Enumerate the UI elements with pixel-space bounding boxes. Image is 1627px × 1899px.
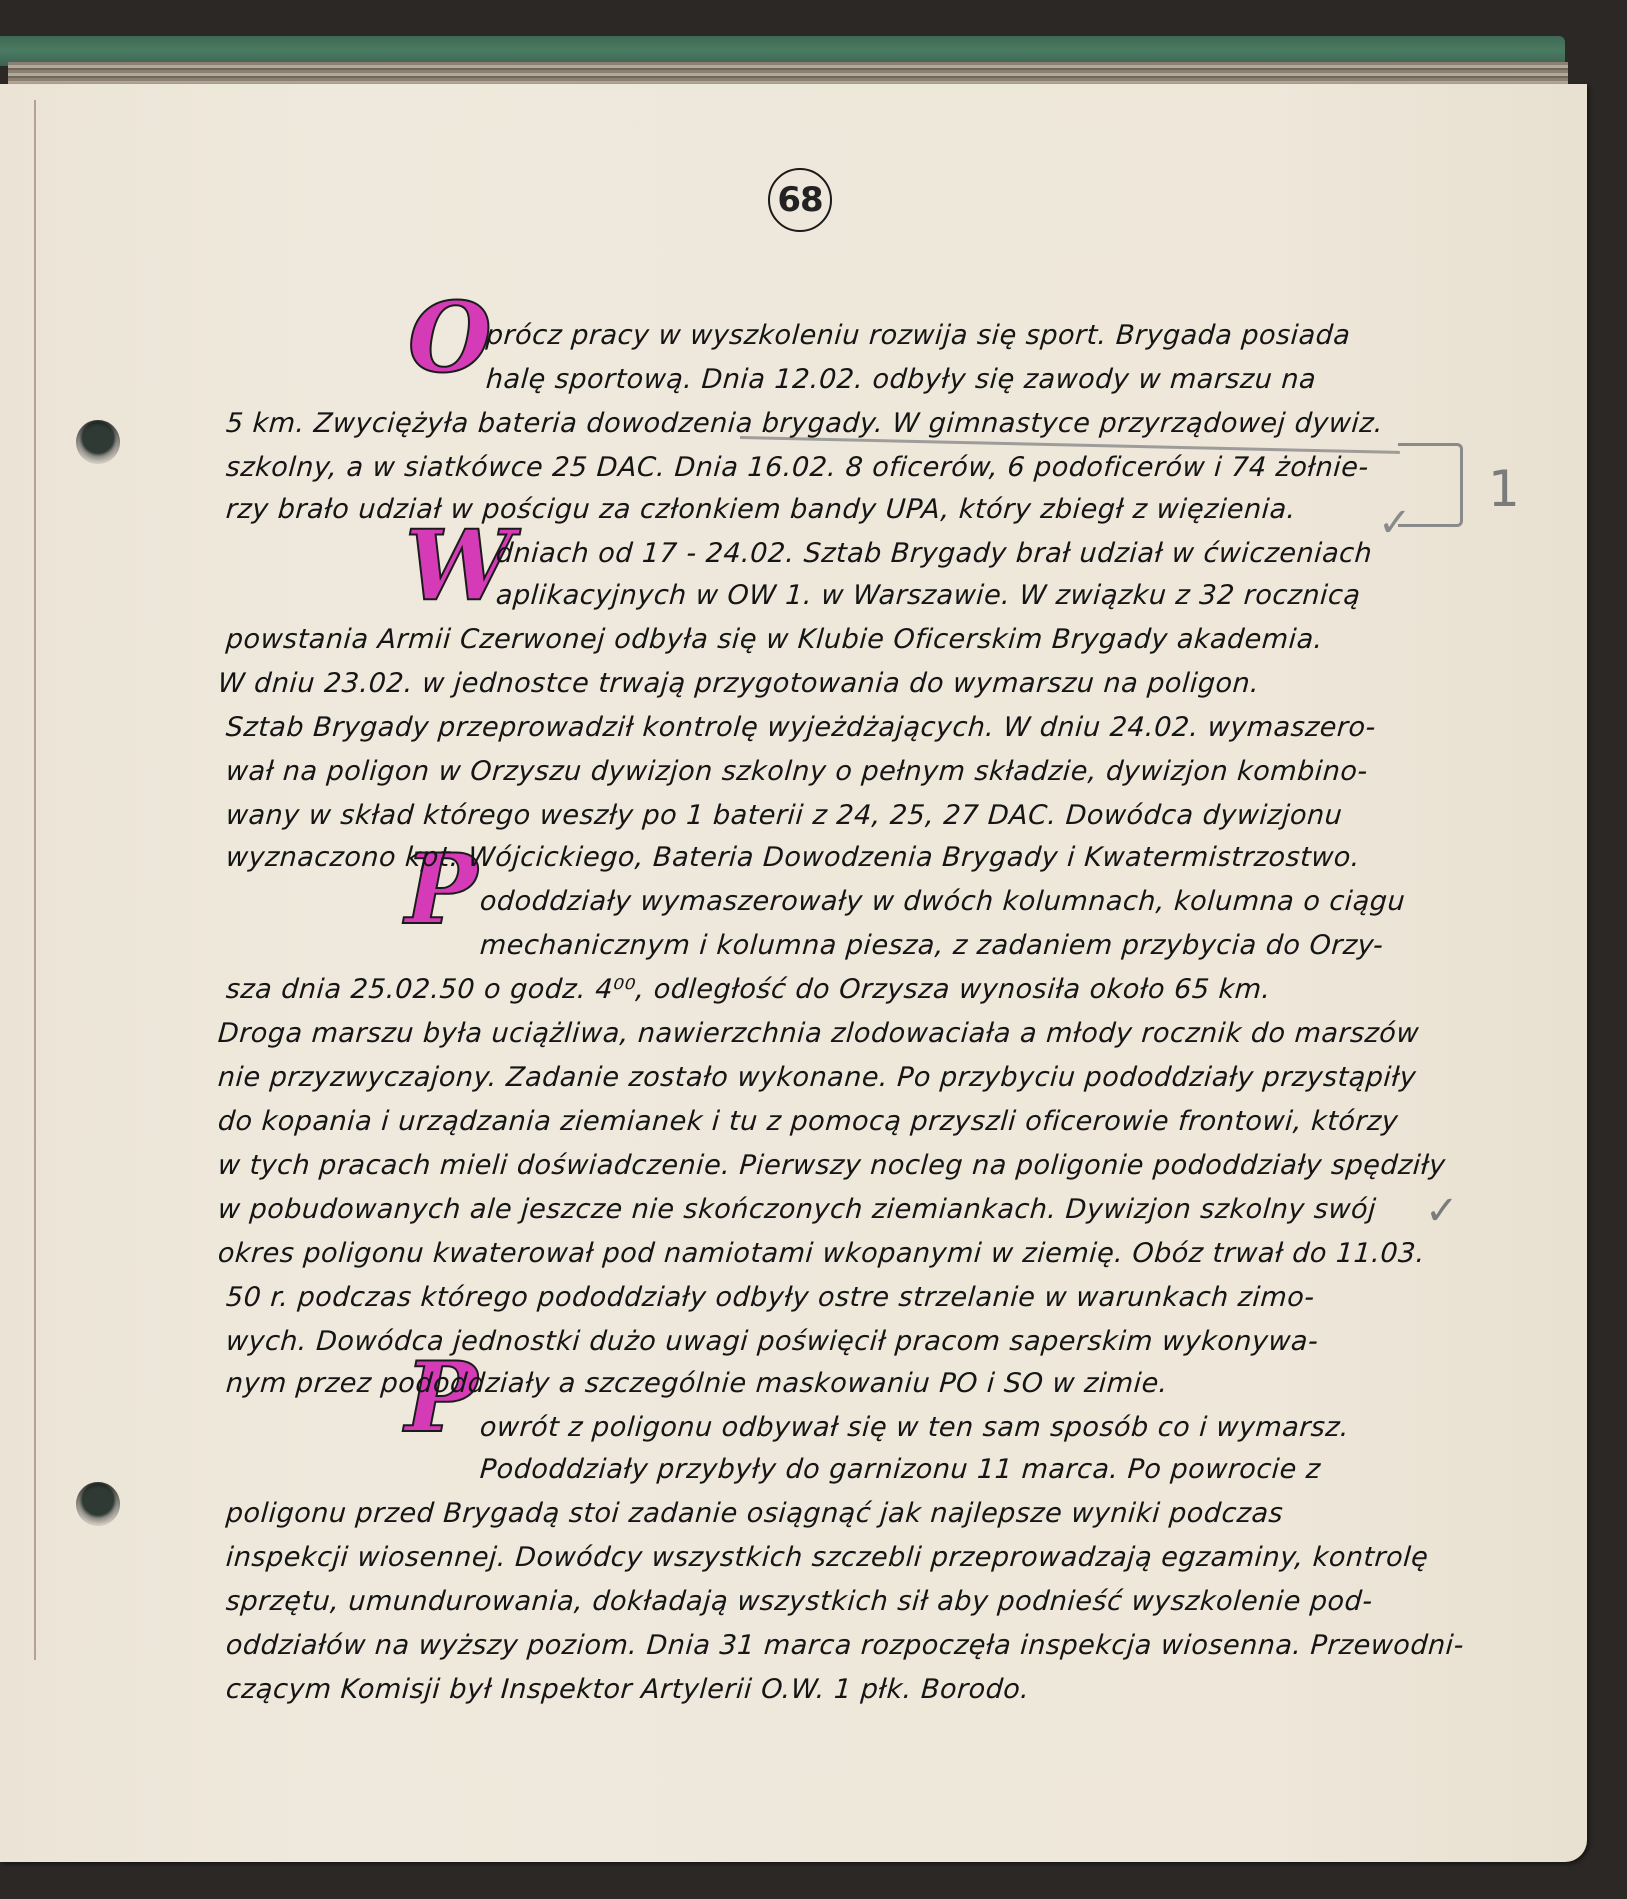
text-line: wany w skład którego weszły po 1 baterii… (225, 800, 1344, 831)
pencil-check-icon: ✓ (1378, 500, 1412, 546)
text-line: wał na poligon w Orzyszu dywizjon szkoln… (225, 756, 1369, 787)
text-line: wyznaczono kpt. Wójcickiego, Bateria Dow… (225, 842, 1361, 873)
text-line: halę sportową. Dnia 12.02. odbyły się za… (485, 364, 1317, 395)
margin-number: 1 (1488, 460, 1520, 518)
text-line: nym przez pododdziały a szczególnie mask… (225, 1368, 1169, 1399)
page-number: 68 (768, 168, 832, 232)
text-line: poligonu przed Brygadą stoi zadanie osią… (225, 1498, 1284, 1529)
text-line: dniach od 17 - 24.02. Sztab Brygady brał… (495, 538, 1373, 569)
text-line: okres poligonu kwaterował pod namiotami … (217, 1238, 1426, 1269)
text-line: w pobudowanych ale jeszcze nie skończony… (217, 1194, 1377, 1225)
text-line: powstania Armii Czerwonej odbyła się w K… (225, 624, 1324, 655)
text-line: czącym Komisji był Inspektor Artylerii O… (225, 1674, 1031, 1705)
text-line: inspekcji wiosennej. Dowódcy wszystkich … (225, 1542, 1430, 1573)
binding-margin-line (34, 100, 36, 1660)
text-line: szkolny, a w siatkówce 25 DAC. Dnia 16.0… (225, 452, 1370, 483)
text-line: W dniu 23.02. w jednostce trwają przygot… (217, 668, 1261, 699)
text-line: aplikacyjnych w OW 1. w Warszawie. W zwi… (495, 580, 1362, 611)
text-line: w tych pracach mieli doświadczenie. Pier… (217, 1150, 1447, 1181)
text-line: 50 r. podczas którego pododdziały odbyły… (225, 1282, 1316, 1313)
text-line: oddziałów na wyższy poziom. Dnia 31 marc… (225, 1630, 1465, 1661)
text-line: mechanicznym i kolumna piesza, z zadanie… (479, 930, 1385, 961)
text-line: do kopania i urządzania ziemianek i tu z… (217, 1106, 1399, 1137)
punch-hole-bottom (76, 1482, 120, 1526)
text-line: Sztab Brygady przeprowadził kontrolę wyj… (225, 712, 1377, 743)
initial-letter-o: O (408, 290, 492, 386)
text-line: owrót z poligonu odbywał się w ten sam s… (479, 1412, 1350, 1443)
text-line: wych. Dowódca jednostki dużo uwagi poświ… (225, 1326, 1319, 1357)
text-line: 5 km. Zwyciężyła bateria dowodzenia bryg… (225, 408, 1384, 439)
text-line: nie przyzwyczajony. Zadanie zostało wyko… (217, 1062, 1417, 1093)
punch-hole-top (76, 420, 120, 464)
text-line: sprzętu, umundurowania, dokładają wszyst… (225, 1586, 1374, 1617)
text-line: prócz pracy w wyszkoleniu rozwija się sp… (485, 320, 1352, 351)
text-line: Droga marszu była uciążliwa, nawierzchni… (217, 1018, 1420, 1049)
text-line: rzy brało udział w pościgu za członkiem … (225, 494, 1297, 525)
text-line: ododdziały wymaszerowały w dwóch kolumna… (479, 886, 1406, 917)
text-line: sza dnia 25.02.50 o godz. 4⁰⁰, odległość… (225, 974, 1272, 1005)
pencil-check-icon: ✓ (1425, 1188, 1459, 1234)
text-line: Pododdziały przybyły do garnizonu 11 mar… (479, 1454, 1322, 1485)
